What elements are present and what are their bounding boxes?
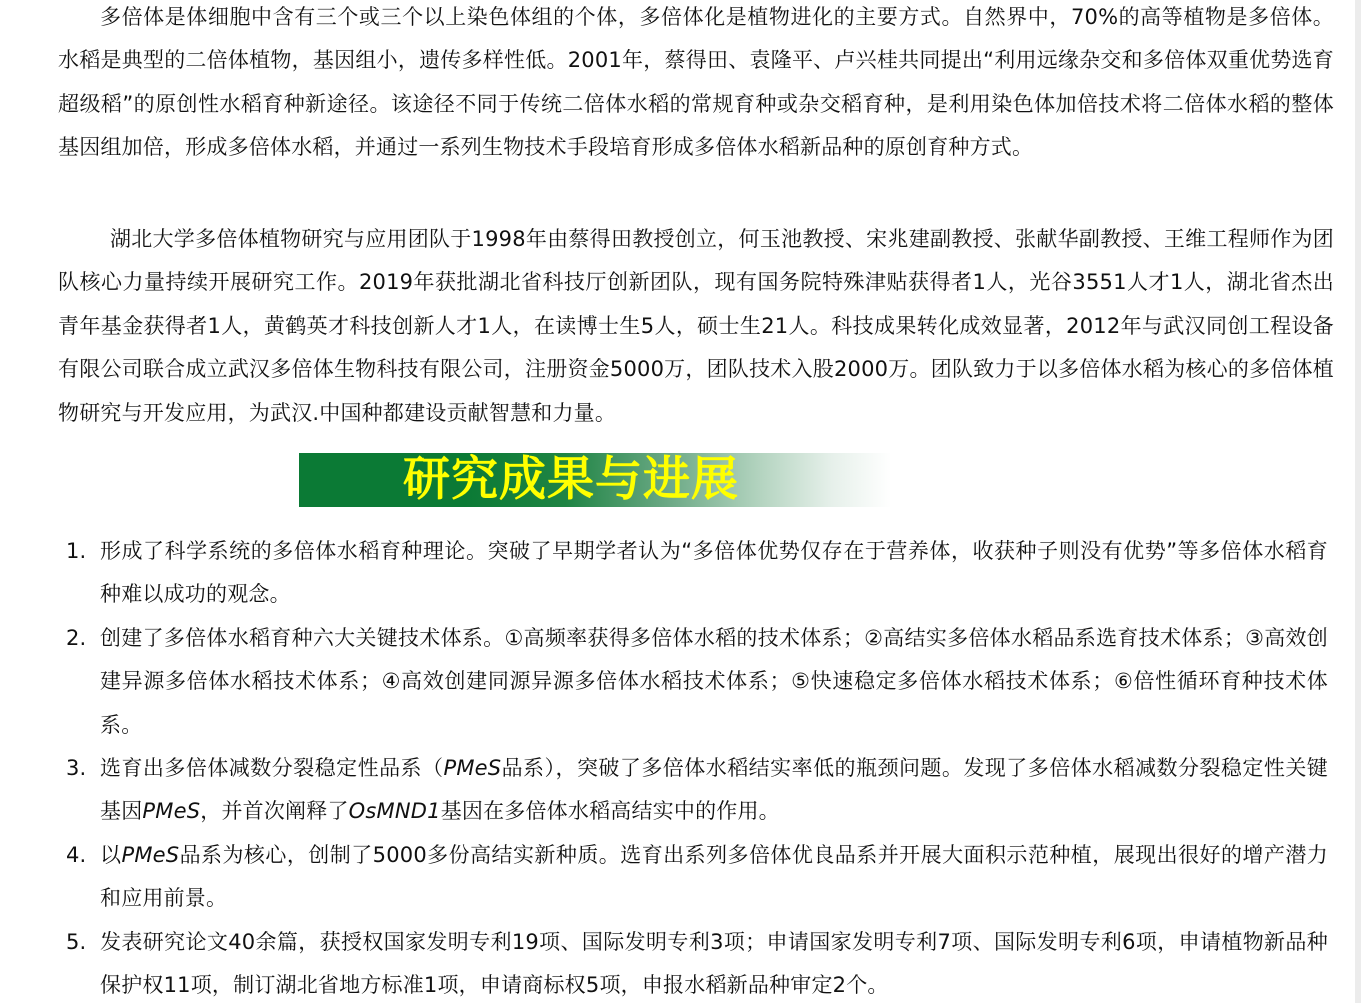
list-number: 2. [66,617,86,660]
achievement-item-1: 1. 形成了科学系统的多倍体水稻育种理论。突破了早期学者认为“多倍体优势仅存在于… [66,530,1328,617]
list-number: 1. [66,530,86,573]
achievement-text: 发表研究论文40余篇，获授权国家发明专利19项、国际发明专利3项；申请国家发明专… [100,930,1328,997]
gene-name: PMeS [121,843,179,867]
gene-name: PMeS [443,756,501,780]
list-number: 4. [66,834,86,877]
achievements-list: 1. 形成了科学系统的多倍体水稻育种理论。突破了早期学者认为“多倍体优势仅存在于… [66,530,1328,1003]
intro-paragraph-polyploidy: 多倍体是体细胞中含有三个或三个以上染色体组的个体，多倍体化是植物进化的主要方式。… [58,0,1334,170]
achievement-text: 以 [100,843,121,867]
page-edge-scrollbar[interactable] [1355,0,1361,1003]
achievement-text: 创建了多倍体水稻育种六大关键技术体系。①高频率获得多倍体水稻的技术体系；②高结实… [100,626,1328,737]
section-banner: 研究成果与进展 [299,453,891,507]
list-number: 3. [66,747,86,790]
achievement-text: 选育出多倍体减数分裂稳定性品系（ [100,756,443,780]
gene-name: OsMND1 [349,799,441,823]
achievement-item-3: 3. 选育出多倍体减数分裂稳定性品系（PMeS品系），突破了多倍体水稻结实率低的… [66,747,1328,834]
achievement-item-2: 2. 创建了多倍体水稻育种六大关键技术体系。①高频率获得多倍体水稻的技术体系；②… [66,617,1328,747]
achievement-item-5: 5. 发表研究论文40余篇，获授权国家发明专利19项、国际发明专利3项；申请国家… [66,921,1328,1003]
achievement-text: 品系为核心，创制了5000多份高结实新种质。选育出系列多倍体优良品系并开展大面积… [100,843,1328,910]
achievement-item-4: 4. 以PMeS品系为核心，创制了5000多份高结实新种质。选育出系列多倍体优良… [66,834,1328,921]
section-title: 研究成果与进展 [299,453,891,507]
document-page: 多倍体是体细胞中含有三个或三个以上染色体组的个体，多倍体化是植物进化的主要方式。… [0,0,1355,1003]
achievement-text: 基因在多倍体水稻高结实中的作用。 [441,799,780,823]
gene-name: PMeS [142,799,200,823]
intro-paragraph-team: 湖北大学多倍体植物研究与应用团队于1998年由蔡得田教授创立，何玉池教授、宋兆建… [58,218,1334,435]
achievement-text: ，并首次阐释了 [200,799,348,823]
list-number: 5. [66,921,86,964]
achievement-text: 形成了科学系统的多倍体水稻育种理论。突破了早期学者认为“多倍体优势仅存在于营养体… [100,539,1328,606]
